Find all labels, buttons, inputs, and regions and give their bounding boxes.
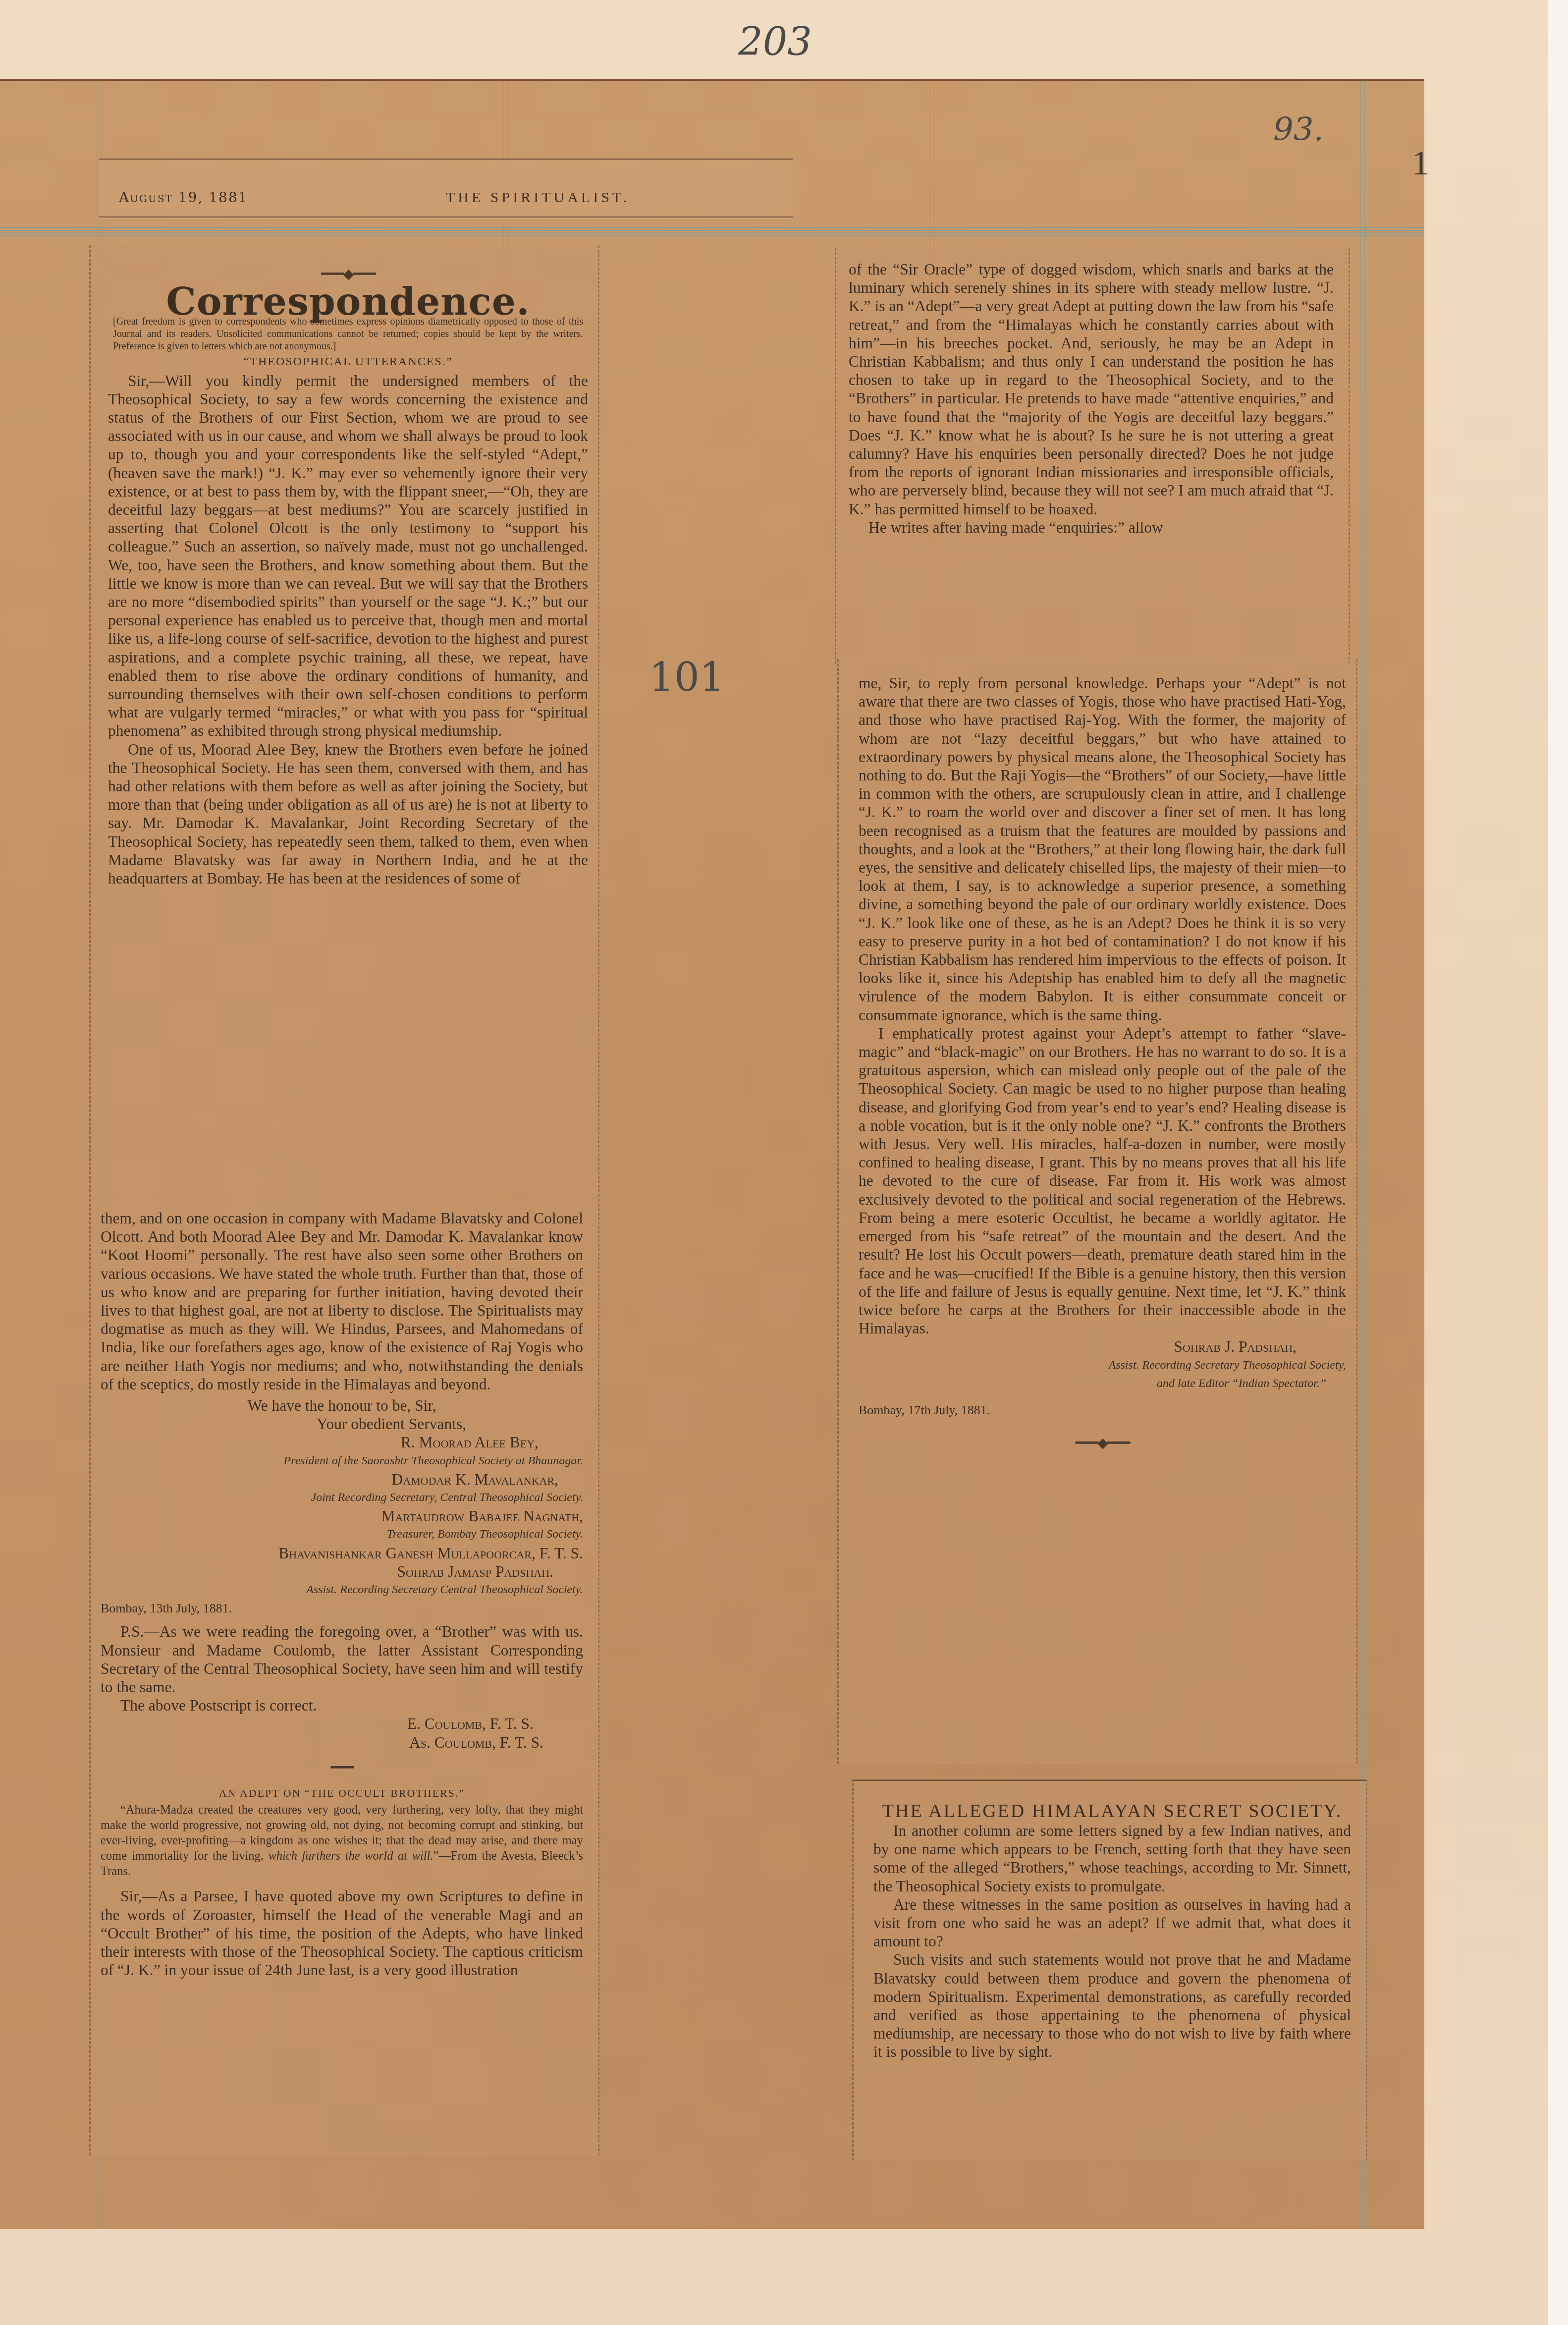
sheet-number: 1 [1412, 144, 1429, 183]
signatory-title: and late Editor “Indian Spectator.” [859, 1375, 1346, 1393]
ornament-divider: ━━━◆━━━ [859, 1434, 1346, 1452]
signatory-name: Damodar K. Mavalankar, [101, 1470, 583, 1489]
letter-paragraph: of the “Sir Oracle” type of dogged wisdo… [849, 260, 1334, 518]
clipping-letter-continued-2: me, Sir, to reply from personal knowledg… [837, 659, 1357, 1764]
clipping-letter-continued: of the “Sir Oracle” type of dogged wisdo… [835, 248, 1350, 664]
issue-date: August 19, 1881 [119, 189, 248, 206]
handwritten-page-number: 203 [738, 20, 812, 64]
letter-paragraph: Sir,—As a Parsee, I have quoted above my… [101, 1887, 583, 1979]
letter-paragraph: One of us, Moorad Alee Bey, knew the Bro… [108, 740, 588, 888]
newspaper-title: THE SPIRITUALIST. [446, 189, 630, 206]
signatory-name: R. Moorad Alee Bey, [101, 1433, 583, 1451]
divider: ━━━ [101, 1759, 583, 1777]
postscript-signatory: E. Coulomb, F. T. S. [101, 1715, 583, 1733]
scan-edge [1548, 0, 1568, 2325]
signatory-name: Sohrab Jamasp Padshah. [101, 1562, 583, 1581]
handwritten-folio: 93. [1273, 111, 1324, 148]
clipping-correspondence-bottom: them, and on one occasion in company wit… [89, 1199, 599, 2156]
signatory-title: President of the Saorashtr Theosophical … [101, 1452, 583, 1470]
editorial-paragraph: Such visits and such statements would no… [873, 1950, 1351, 2061]
letter-closing: We have the honour to be, Sir, [101, 1396, 583, 1415]
clipping-correspondence-top: ━━━◆━━━ Correspondence. [Great freedom i… [89, 245, 599, 1197]
clipping-editorial: THE ALLEGED HIMALAYAN SECRET SOCIETY. In… [852, 1779, 1367, 2160]
handwritten-annotation: 101 [649, 654, 725, 700]
letter-place-date: Bombay, 17th July, 1881. [859, 1401, 1346, 1419]
section-heading: Correspondence. [108, 292, 588, 311]
masthead: August 19, 1881 THE SPIRITUALIST. [99, 159, 793, 219]
letter-place-date: Bombay, 13th July, 1881. [101, 1599, 583, 1617]
postscript-confirmation: The above Postscript is correct. [101, 1696, 583, 1715]
signatory-title: Joint Recording Secretary, Central Theos… [101, 1489, 583, 1507]
letter-title: “THEOSOPHICAL UTTERANCES.” [108, 353, 588, 371]
editorial-paragraph: Are these witnesses in the same position… [873, 1895, 1351, 1951]
signatory-title: Assist. Recording Secretary Central Theo… [101, 1581, 583, 1599]
letter-paragraph: He writes after having made “enquiries:”… [849, 518, 1334, 537]
editorial-paragraph: In another column are some letters signe… [873, 1822, 1351, 1895]
epigraph: “Ahura-Madza created the creatures very … [101, 1802, 583, 1879]
grid-line [0, 232, 1424, 236]
letter-paragraph: me, Sir, to reply from personal knowledg… [859, 674, 1346, 1024]
postscript: P.S.—As we were reading the foregoing ov… [101, 1622, 583, 1696]
letter-paragraph: them, and on one occasion in company wit… [101, 1209, 583, 1393]
letter-paragraph: Sir,—Will you kindly permit the undersig… [108, 372, 588, 740]
letter-paragraph: I emphatically protest against your Adep… [859, 1024, 1346, 1337]
editorial-note: [Great freedom is given to correspondent… [108, 316, 588, 353]
masthead-rule [99, 212, 793, 218]
letter-closing: Your obedient Servants, [101, 1415, 583, 1433]
postscript-signatory: As. Coulomb, F. T. S. [101, 1733, 583, 1752]
signatory-name: Sohrab J. Padshah, [859, 1337, 1346, 1356]
editorial-heading: THE ALLEGED HIMALAYAN SECRET SOCIETY. [873, 1801, 1351, 1822]
signatory-title: Treasurer, Bombay Theosophical Society. [101, 1525, 583, 1544]
grid-line [0, 227, 1424, 231]
letter-title: AN ADEPT ON “THE OCCULT BROTHERS.” [101, 1784, 583, 1802]
signatory-title: Assist. Recording Secretary Theosophical… [859, 1356, 1346, 1375]
signatory-name: Bhavanishankar Ganesh Mullapoorcar, F. T… [101, 1544, 583, 1562]
signatory-name: Martaudrow Babajee Nagnath, [101, 1507, 583, 1525]
